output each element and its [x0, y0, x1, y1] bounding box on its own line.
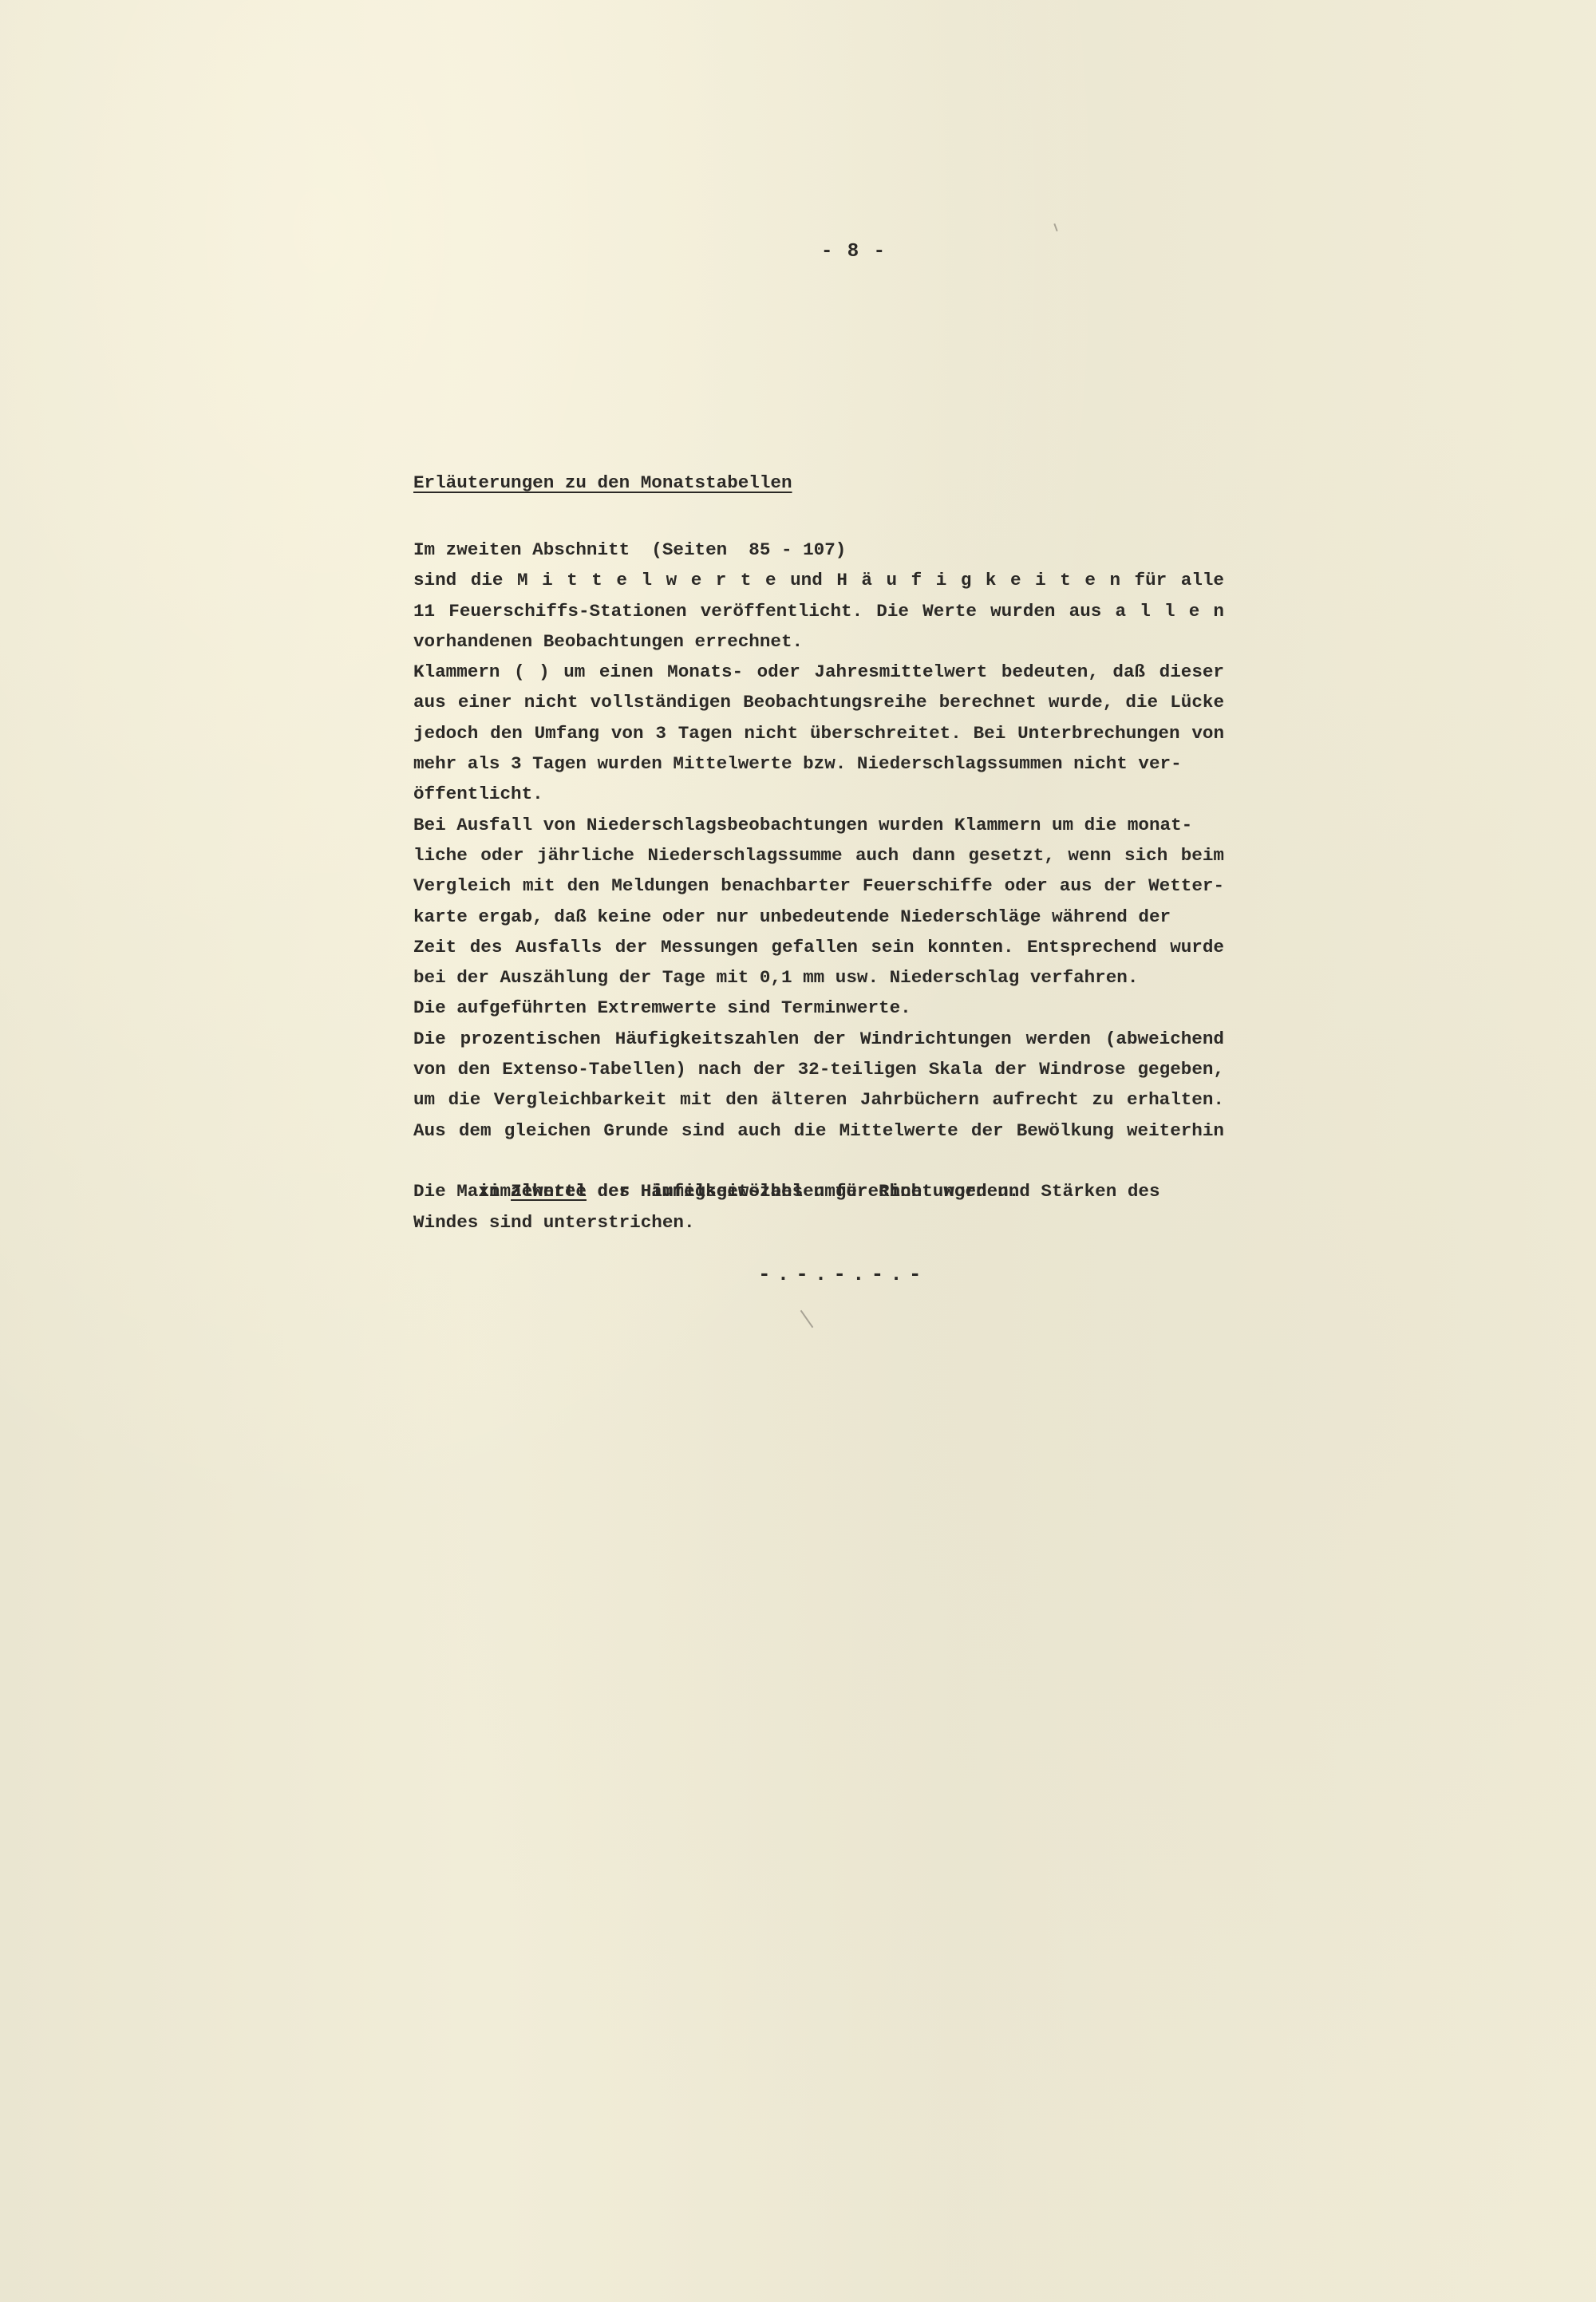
text-line-with-underline: in Zehntel des Himmelsgewölbes umgerechn… [413, 1146, 1224, 1176]
text-line: Vergleich mit den Meldungen benachbarter… [413, 871, 1224, 901]
text-line: Die Maximalwerte der Häufigkeitszahlen f… [413, 1176, 1224, 1206]
page-number: - 8 - [0, 241, 1596, 263]
text-line: Klammern ( ) um einen Monats- oder Jahre… [413, 657, 1224, 687]
text-line: Die aufgeführten Extremwerte sind Termin… [413, 993, 1224, 1023]
text-line: aus einer nicht vollständigen Beobachtun… [413, 687, 1224, 717]
text-line: von den Extenso-Tabellen) nach der 32-te… [413, 1054, 1224, 1084]
text-line: 11 Feuerschiffs-Stationen veröffentlicht… [413, 596, 1224, 626]
text-line: Im zweiten Abschnitt (Seiten 85 - 107) [413, 535, 1224, 565]
text-line: Aus dem gleichen Grunde sind auch die Mi… [413, 1115, 1224, 1146]
text-line: Bei Ausfall von Niederschlagsbeobachtung… [413, 810, 1224, 840]
text-line: jedoch den Umfang von 3 Tagen nicht über… [413, 718, 1224, 748]
section-heading: Erläuterungen zu den Monatstabellen [413, 472, 792, 493]
text-line: sind die M i t t e l w e r t e und H ä u… [413, 565, 1224, 595]
text-line: um die Vergleichbarkeit mit den älteren … [413, 1084, 1224, 1115]
text-line: vorhandenen Beobachtungen errechnet. [413, 626, 1224, 657]
text-line: öffentlicht. [413, 779, 1224, 809]
body-text: Im zweiten Abschnitt (Seiten 85 - 107) s… [413, 535, 1224, 1238]
paper-mark [1053, 223, 1057, 231]
paper-mark [800, 1310, 814, 1328]
text-line: karte ergab, daß keine oder nur unbedeut… [413, 902, 1224, 932]
text-line: liche oder jährliche Niederschlagssumme … [413, 840, 1224, 871]
text-line: bei der Auszählung der Tage mit 0,1 mm u… [413, 962, 1224, 993]
text-line: mehr als 3 Tagen wurden Mittelwerte bzw.… [413, 748, 1224, 779]
text-line: Zeit des Ausfalls der Messungen gefallen… [413, 932, 1224, 962]
text-line: Windes sind unterstrichen. [413, 1207, 1224, 1238]
text-line: Die prozentischen Häufigkeitszahlen der … [413, 1024, 1224, 1054]
section-separator: -.-.-.-.- [758, 1262, 927, 1286]
